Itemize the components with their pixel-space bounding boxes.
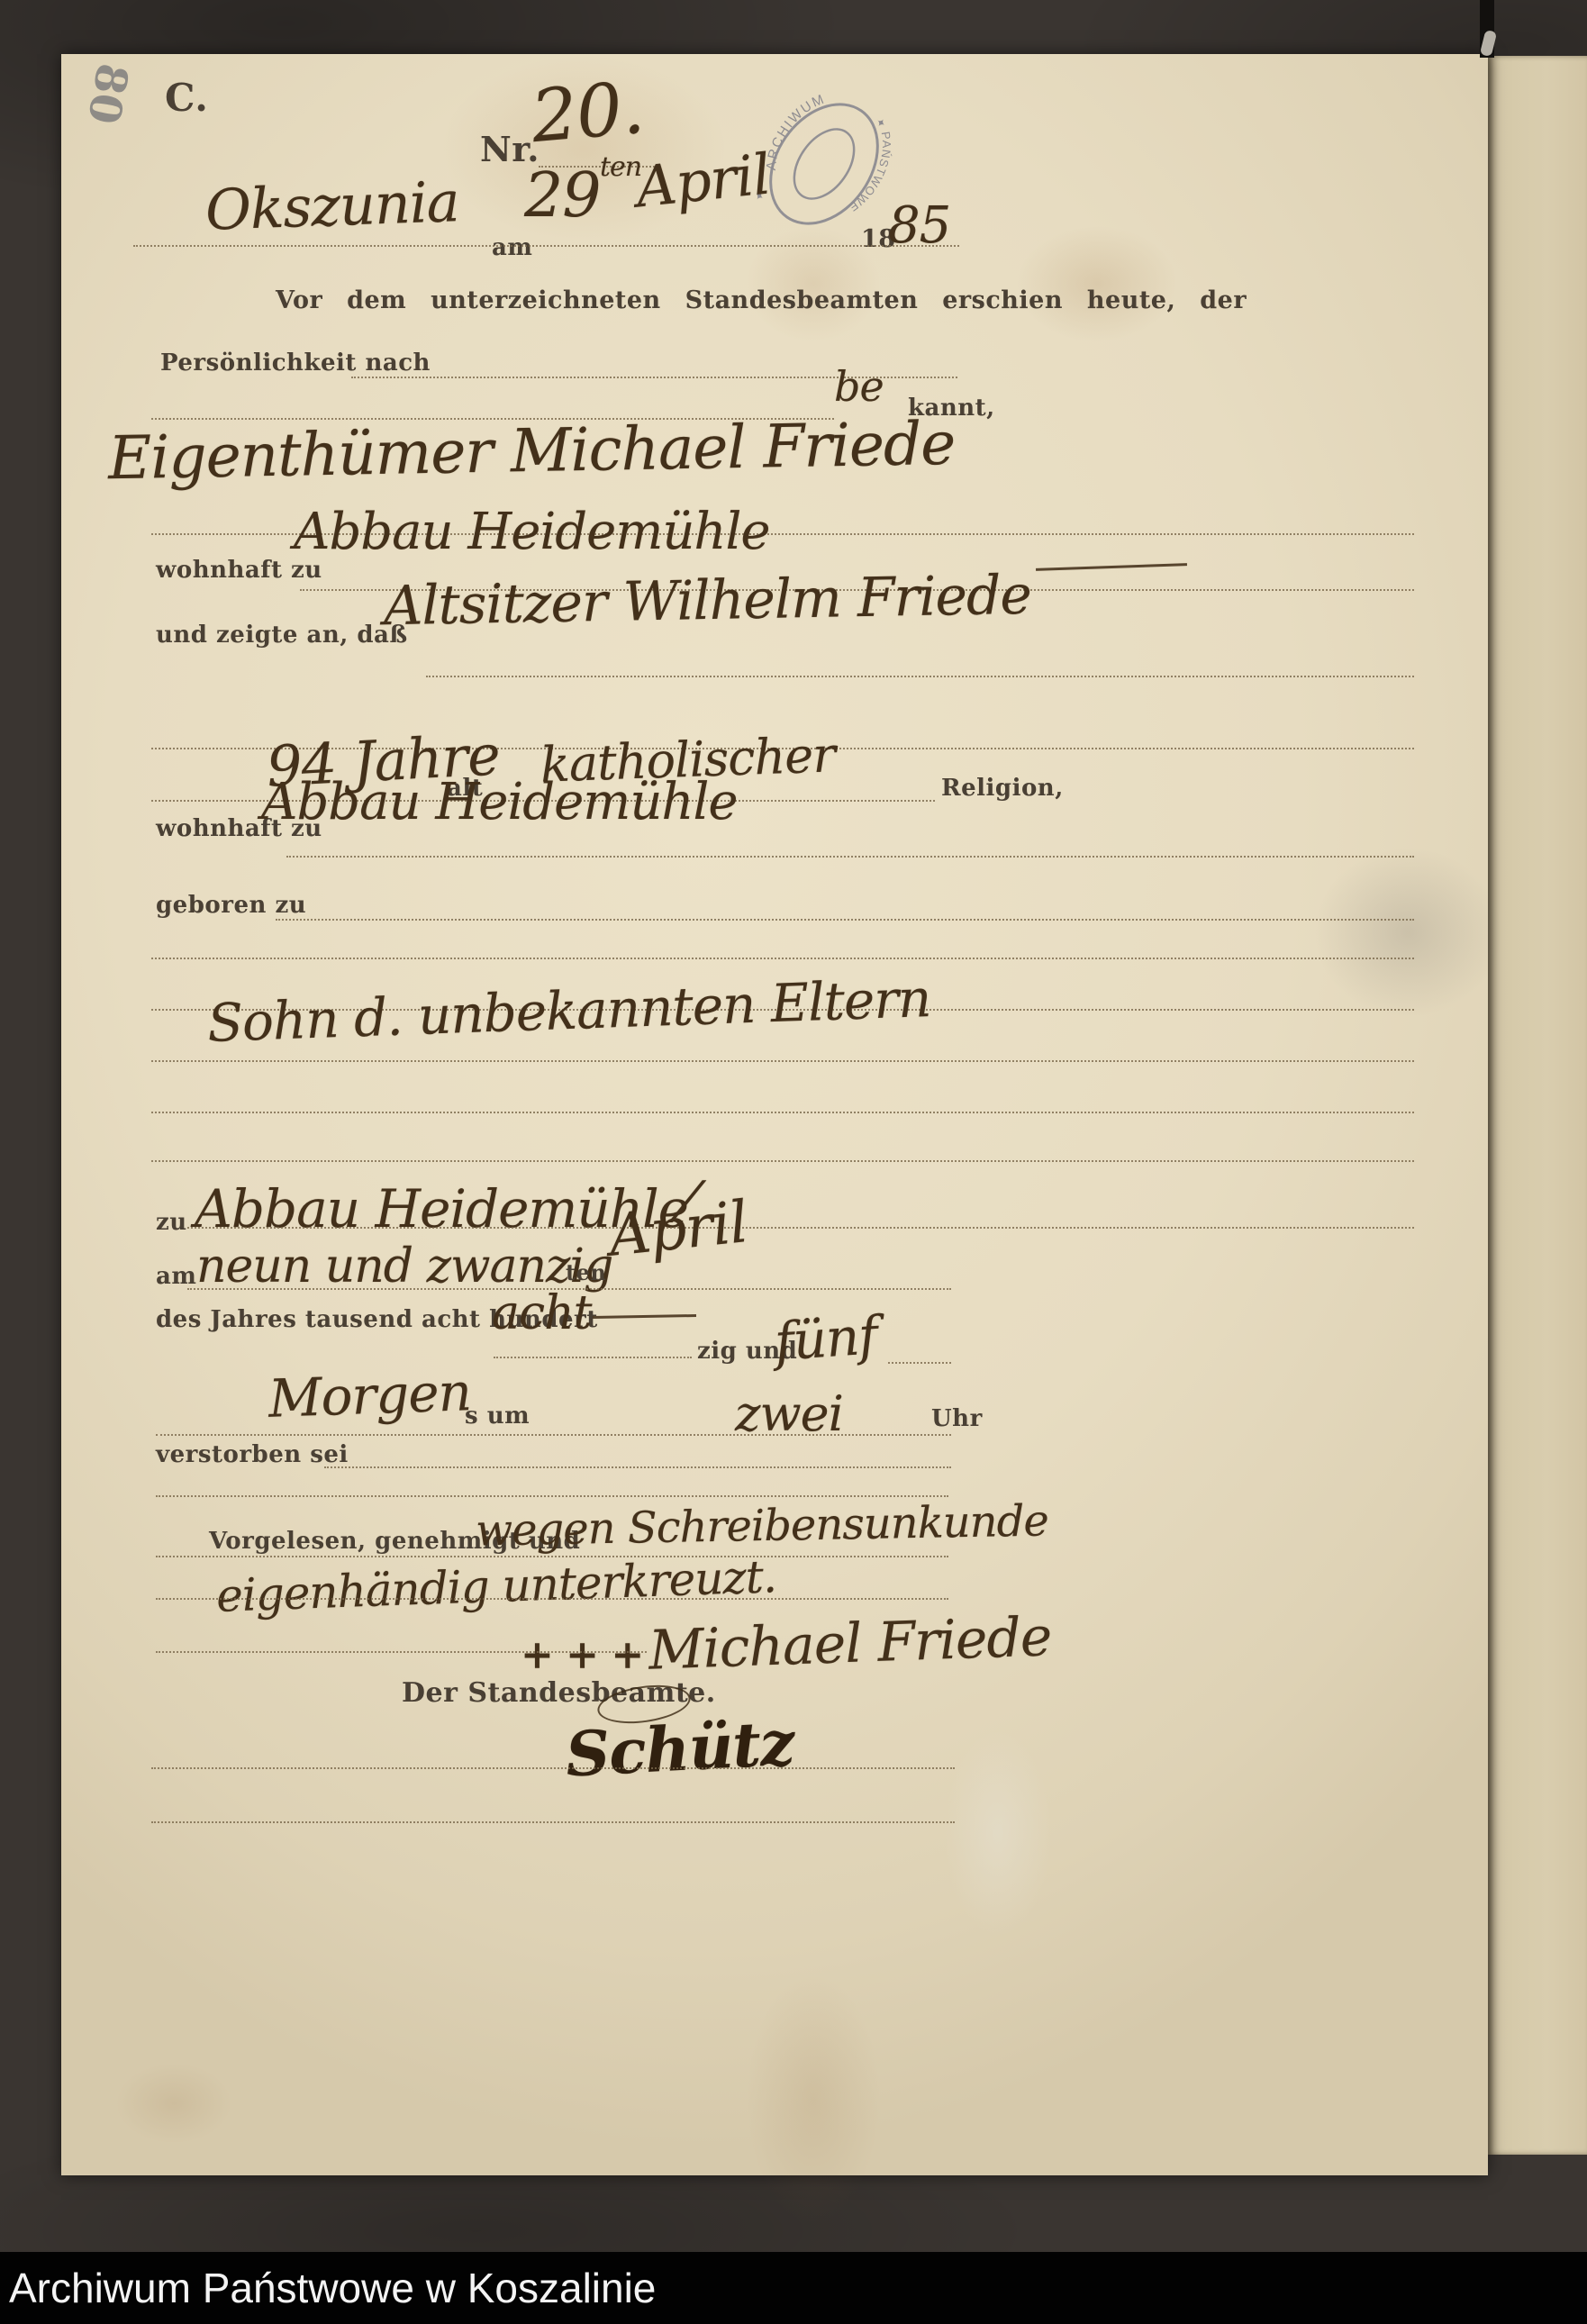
date-month: April — [633, 141, 774, 220]
date-day: 29 — [524, 160, 601, 231]
paper-stain — [115, 2063, 232, 2144]
zeigte-label: und zeigte an, daß — [156, 622, 408, 649]
registrar-signature: Schütz — [564, 1707, 795, 1791]
paper-crease — [944, 1729, 1052, 1937]
declarant-signature: Michael Friede — [648, 1605, 1053, 1683]
ten-label: ten — [566, 1259, 606, 1285]
uhr-label: Uhr — [931, 1405, 983, 1432]
paper-stain — [1016, 225, 1178, 342]
decade-written: acht — [492, 1286, 592, 1340]
declarant-residence: Abbau Heidemühle — [294, 503, 770, 561]
approval-written-2: eigenhändig unterkreuzt. — [215, 1550, 776, 1622]
am-label: am — [492, 234, 532, 261]
pencil-archival-number: 80 — [77, 59, 138, 128]
death-day-written: neun und zwanzig — [196, 1239, 612, 1294]
geboren-label: geboren zu — [156, 892, 306, 919]
section-letter: C. — [165, 76, 208, 120]
signature-crosses: + + + — [521, 1632, 643, 1678]
adjacent-page-edge — [1488, 56, 1587, 2155]
fill-dash — [1036, 563, 1187, 571]
death-month-written: April — [606, 1189, 751, 1270]
paper-smudge — [1313, 847, 1502, 1018]
approval-written-1: wegen Schreibensunkunde — [476, 1495, 1049, 1556]
registry-place: Okszunia — [204, 168, 460, 243]
zu-label: zu — [156, 1209, 187, 1236]
declarant-name: Eigenthümer Michael Friede — [107, 409, 955, 493]
am-label-2: am — [156, 1263, 196, 1290]
record-number: 20. — [528, 66, 647, 159]
s-um-label: s um — [465, 1403, 530, 1430]
deceased-residence: Abbau Heidemühle — [261, 773, 738, 831]
deceased-name: Altsitzer Wilhelm Friede — [383, 564, 1031, 639]
archive-caption-bar: Archiwum Państwowe w Koszalinie — [0, 2252, 1587, 2324]
bekannt-written: be — [834, 362, 884, 411]
parents-note: Sohn d. unbekannten Eltern — [206, 967, 931, 1054]
document-page: 80 C. ARCHIWUM PAŃSTWOWE ✦ ✦ Nr. 20. Oks… — [61, 54, 1488, 2175]
daytime-written: Morgen — [268, 1361, 472, 1430]
verstorben-label: verstorben sei — [156, 1441, 349, 1468]
persoenlichkeit-label: Persönlichkeit nach — [160, 350, 431, 377]
year-unit-written: fünf — [773, 1304, 879, 1373]
intro-sentence: Vor dem unterzeichneten Standesbeamten e… — [276, 286, 1247, 314]
religion-label: Religion, — [941, 775, 1064, 802]
archive-caption: Archiwum Państwowe w Koszalinie — [9, 2264, 656, 2312]
fill-dash — [593, 1314, 696, 1319]
